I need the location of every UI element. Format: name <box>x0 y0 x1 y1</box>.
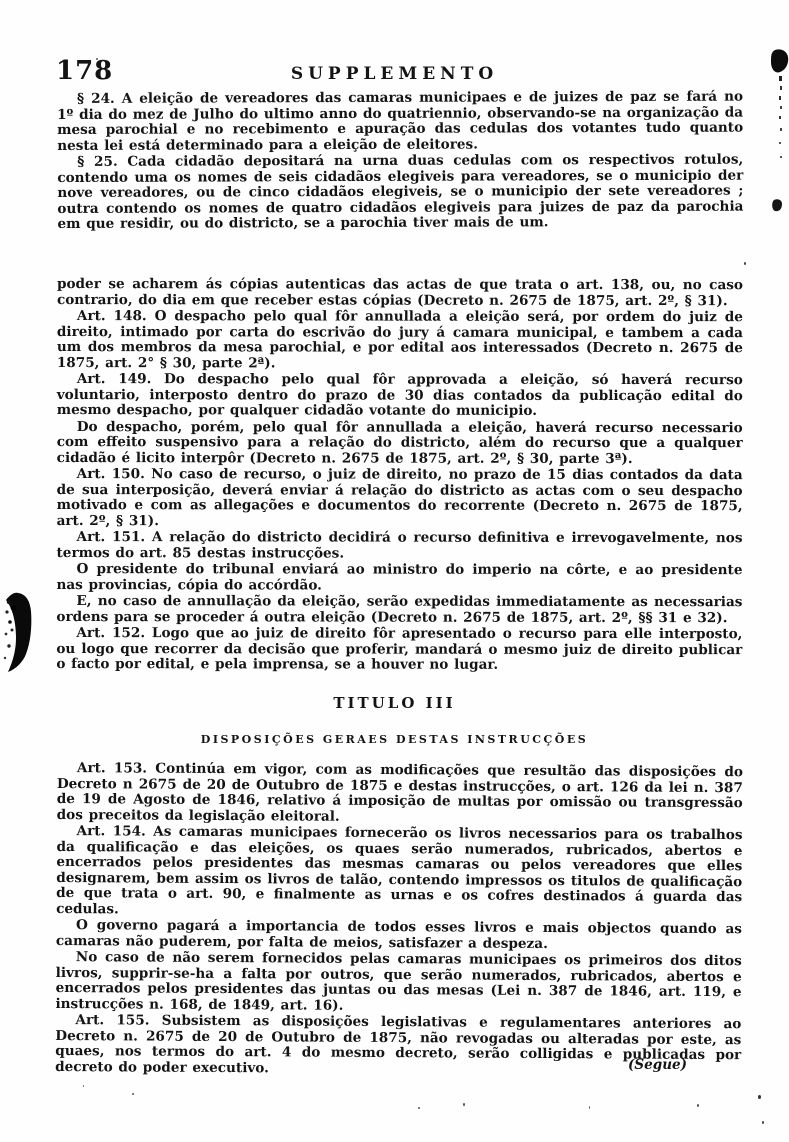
scanned-document-page: 178 SUPPLEMENTO § 24. A eleição de verea… <box>0 0 789 1142</box>
paragraph-s25: § 25. Cada cidadão depositará na urna du… <box>57 153 743 233</box>
paper-speck <box>758 1095 761 1099</box>
paragraph-art150: Art. 150. No caso de recurso, o juiz de … <box>57 467 743 530</box>
paragraph-art151c: E, no caso de annullação da eleição, ser… <box>56 594 742 626</box>
paper-speck <box>83 1085 84 1087</box>
section-subtitle: DISPOSIÇÕES GERAES DESTAS INSTRUCÇÕES <box>0 733 789 746</box>
paragraph-art151b: O presidente do tribunal enviará ao mini… <box>56 562 742 594</box>
paragraph-art152: Art. 152. Logo que ao juiz de direito fô… <box>56 626 742 674</box>
paper-speck <box>132 1093 134 1095</box>
paragraph-s24: § 24. A eleição de vereadores das camara… <box>57 90 743 154</box>
paper-speck <box>744 262 746 265</box>
footer-continuation-note: (Segue) <box>628 1057 687 1073</box>
ink-blot-icon <box>3 592 35 674</box>
paragraph-art149: Art. 149. Do despacho pelo qual fôr appr… <box>57 372 743 420</box>
paper-speck <box>697 1104 699 1107</box>
main-block: poder se acharem ás cópias autenticas da… <box>56 277 743 675</box>
paragraph-art153: Art. 153. Continúa em vigor, com as modi… <box>57 761 743 827</box>
paragraph-art154b: O governo pagará a importancia de todos … <box>56 918 742 953</box>
paragraph-continuation: poder se acharem ás cópias autenticas da… <box>57 277 743 309</box>
paragraph-art154c: No caso de não serem fornecidos pelas ca… <box>55 950 741 1016</box>
paragraph-art148: Art. 148. O despacho pelo qual fôr annul… <box>57 309 743 372</box>
paper-speck <box>762 1121 764 1124</box>
paper-speck <box>589 1106 590 1109</box>
intro-block: § 24. A eleição de vereadores das camara… <box>57 90 743 234</box>
section-title: TITULO III <box>0 694 789 712</box>
paper-speck <box>418 1107 420 1109</box>
paper-speck <box>463 1103 465 1106</box>
paragraph-art151: Art. 151. A relação do districto decidir… <box>57 530 743 562</box>
paper-speck <box>96 58 98 60</box>
paragraph-art154: Art. 154. As camaras municipaes fornecer… <box>56 824 743 921</box>
final-block: Art. 153. Continúa em vigor, com as modi… <box>55 761 743 1080</box>
running-title: SUPPLEMENTO <box>0 64 789 84</box>
paragraph-art149b: Do despacho, porém, pelo qual fôr annull… <box>57 419 743 467</box>
